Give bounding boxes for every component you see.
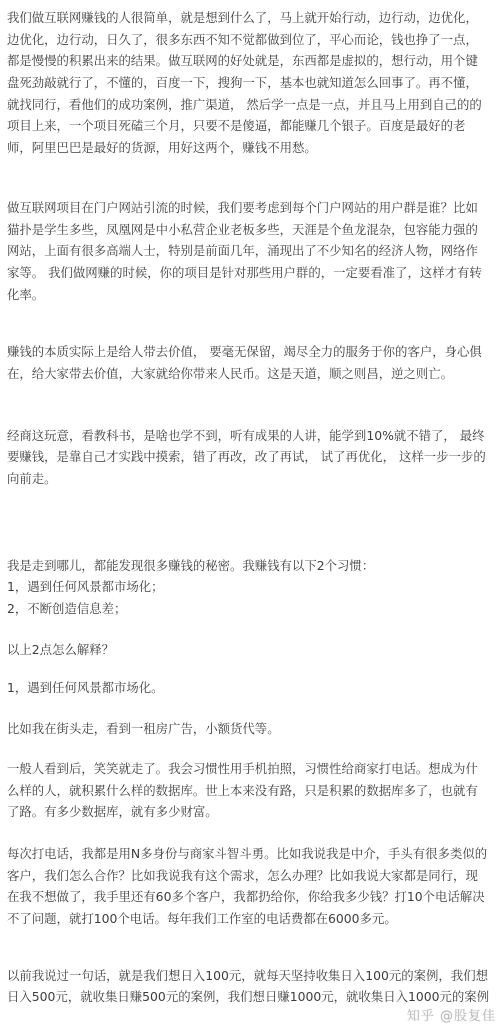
paragraph: 一般人看到后，笑笑就走了。我会习惯性用手机拍照，习惯性给商家打电话。想成为什 么…	[7, 758, 493, 823]
paragraph-line: 要赚钱，是靠自己才实践中摸索，错了再改，改了再试， 试了再优化， 这样一步一步的	[7, 446, 493, 468]
paragraph-line: 就找同行，看他们的成功案例，推广渠道， 然后学一点是一点，并且马上用到自己的的	[7, 94, 493, 116]
paragraph-line: 了路。有多少数据库，就有多少财富。	[7, 801, 493, 823]
paragraph-line: 项目上来，一个项目死磕三个月，只要不是傻逼，都能赚几个银子。百度是最好的老	[7, 115, 493, 137]
paragraph-line: 么样的人，就积累什么样的数据库。世上本来没有路，只是积累的数据库多了，也就有	[7, 780, 493, 802]
paragraph: 做互联网项目在门户网站引流的时候，我们要考虑到每个门户网站的用户群是谁？比如 猫…	[7, 197, 493, 305]
paragraph-line: 师，阿里巴巴是最好的货源，用好这两个，赚钱不用愁。	[7, 137, 493, 159]
paragraph: 经商这玩意，看教科书，是啥也学不到，听有成果的人讲，能学到10%就不错了， 最终…	[7, 425, 493, 490]
paragraph: 比如我在街头走，看到一租房广告，小额货代等。	[7, 718, 493, 740]
paragraph-line: 经商这玩意，看教科书，是啥也学不到，听有成果的人讲，能学到10%就不错了， 最终	[7, 425, 493, 447]
paragraph-line: 客户，我们怎么合作？比如我说我有这个需求，怎么办理？比如我说大家都是同行，现	[7, 865, 493, 887]
paragraph-line: 猫扑是学生多些，凤凰网是中小私营企业老板多些，天涯是个鱼龙混杂，包容能力强的	[7, 219, 493, 241]
paragraph: 我们做互联网赚钱的人很简单，就是想到什么了，马上就开始行动，边行动，边优化， 边…	[7, 7, 493, 159]
paragraph-line: 边优化，边行动，日久了，很多东西不知不觉都做到位了，平心而论，钱也挣了一点，	[7, 29, 493, 51]
paragraph: 每次打电话，我都是用N多身份与商家斗智斗勇。比如我说我是中介，手头有很多类似的 …	[7, 843, 493, 930]
paragraph: 以前我说过一句话，就是我们想日入100元，就每天坚持收集日入100元的案例，我们…	[7, 965, 493, 1008]
paragraph-line: 赚钱的本质实际上是给人带去价值， 要毫无保留，竭尽全力的服务于你的客户，身心俱	[7, 341, 493, 363]
paragraph-line: 一般人看到后，笑笑就走了。我会习惯性用手机拍照，习惯性给商家打电话。想成为什	[7, 758, 493, 780]
paragraph-line: 网站，上面有很多高端人士，特别是前面几年，涌现出了不少知名的经济人物，网络作	[7, 240, 493, 262]
paragraph: 1，遇到任何风景都市场化。	[7, 677, 493, 699]
paragraph-line: 比如我在街头走，看到一租房广告，小额货代等。	[7, 718, 493, 740]
paragraph-line: 不了问题，就打100个电话。每年我们工作室的电话费都在6000多元。	[7, 908, 493, 930]
paragraph-line: 盘死劲敲就行了，不懂的，百度一下，搜狗一下，基本也就知道怎么回事了。再不懂，	[7, 72, 493, 94]
zhihu-watermark: 知乎 @股复佳	[407, 1005, 496, 1024]
paragraph-line: 在我不想做了，我手里还有60多个客户，我都扔给你，你给我多少钱？打10个电话解决	[7, 886, 493, 908]
paragraph-line: 每次打电话，我都是用N多身份与商家斗智斗勇。比如我说我是中介，手头有很多类似的	[7, 843, 493, 865]
paragraph-line: 做互联网项目在门户网站引流的时候，我们要考虑到每个门户网站的用户群是谁？比如	[7, 197, 493, 219]
paragraph-line: 向前走。	[7, 468, 493, 490]
paragraph-line: 我们做互联网赚钱的人很简单，就是想到什么了，马上就开始行动，边行动，边优化，	[7, 7, 493, 29]
paragraph-line: 化率。	[7, 284, 493, 306]
paragraph-line: 我是走到哪儿，都能发现很多赚钱的秘密。我赚钱有以下2个习惯：	[7, 555, 493, 577]
habit-list-item: 1，遇到任何风景都市场化；	[7, 576, 493, 598]
paragraph-line: 1，遇到任何风景都市场化。	[7, 677, 493, 699]
paragraph: 赚钱的本质实际上是给人带去价值， 要毫无保留，竭尽全力的服务于你的客户，身心俱 …	[7, 341, 493, 384]
paragraph-line: 以上2点怎么解释？	[7, 639, 493, 661]
paragraph: 我是走到哪儿，都能发现很多赚钱的秘密。我赚钱有以下2个习惯： 1，遇到任何风景都…	[7, 555, 493, 620]
article-body: 我们做互联网赚钱的人很简单，就是想到什么了，马上就开始行动，边行动，边优化， 边…	[0, 0, 500, 1008]
paragraph-line: 家等。 我们做网赚的时候，你的项目是针对那些用户群的，一定要看准了，这样才有转	[7, 262, 493, 284]
habit-list-item: 2，不断创造信息差；	[7, 598, 493, 620]
paragraph-line: 在，给大家带去价值，大家就给你带来人民币。这是天道，顺之则昌，逆之则亡。	[7, 363, 493, 385]
paragraph-line: 以前我说过一句话，就是我们想日入100元，就每天坚持收集日入100元的案例，我们…	[7, 965, 493, 987]
paragraph: 以上2点怎么解释？	[7, 639, 493, 661]
paragraph-line: 都是慢慢的积累出来的结果。做互联网的好处就是，东西都是虚拟的，想行动，用个键	[7, 50, 493, 72]
